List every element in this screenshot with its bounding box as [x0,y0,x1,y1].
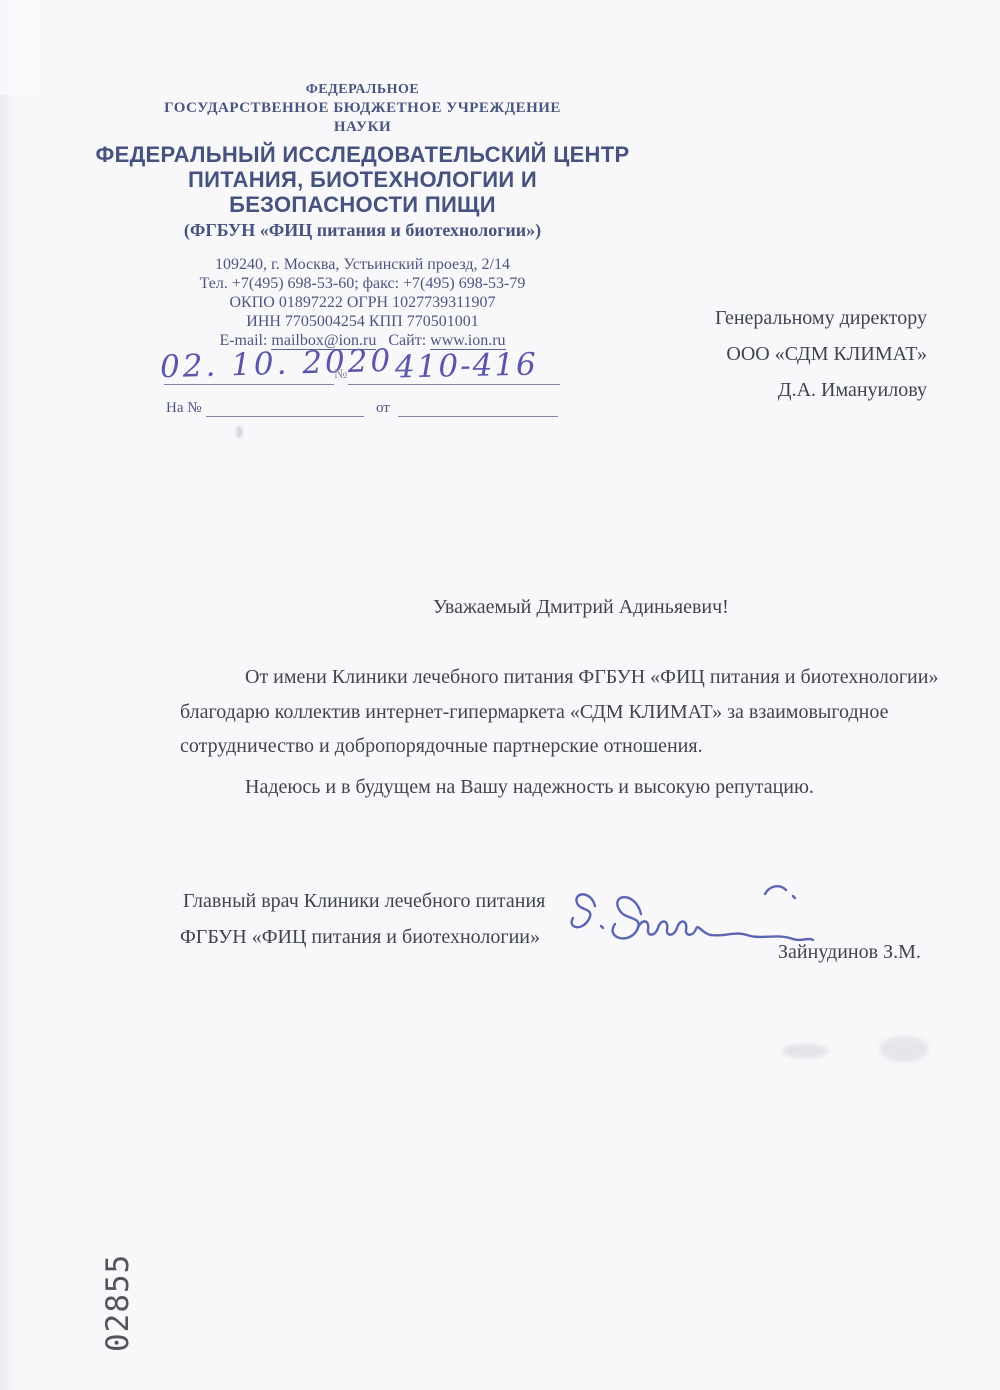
body-line: Надеюсь и в будущем на Вашу надежность и… [245,776,814,799]
org-name-line: ФЕДЕРАЛЬНОЕ [95,80,630,99]
scan-smudge [236,426,243,438]
number-sign: № [334,367,347,383]
recipient-block: Генеральному директору ООО «СДМ КЛИМАТ» … [645,300,927,408]
scan-smudge [880,1036,928,1062]
salutation: Уважаемый Дмитрий Адиньяевич! [433,596,729,619]
body-line: благодарю коллектив интернет-гипермаркет… [180,701,888,724]
signer-position-line: ФГБУН «ФИЦ питания и биотехнологии» [180,926,540,949]
site-label: Сайт: [388,332,430,349]
center-name-line: ПИТАНИЯ, БИОТЕХНОЛОГИИ И [95,167,630,192]
body-line: сотрудничество и добропорядочные партнер… [180,735,703,758]
recipient-title: Генеральному директору [645,300,927,336]
scanned-letter-page: ФЕДЕРАЛЬНОЕ ГОСУДАРСТВЕННОЕ БЮДЖЕТНОЕ УЧ… [0,0,1000,1390]
ot-underline [398,416,558,417]
na-no-label: На № [166,400,202,417]
letterhead: ФЕДЕРАЛЬНОЕ ГОСУДАРСТВЕННОЕ БЮДЖЕТНОЕ УЧ… [95,80,630,241]
handwritten-date: 02. 10. 2020 [160,343,394,385]
okpo-ogrn: ОКПО 01897222 ОГРН 1027739311907 [95,293,630,312]
ot-label: от [376,400,390,417]
phone-fax: Тел. +7(495) 698-53-60; факс: +7(495) 69… [95,274,630,293]
postal-address: 109240, г. Москва, Устьинский проезд, 2/… [95,255,630,274]
scan-smudge [782,1044,828,1058]
body-line: От имени Клиники лечебного питания ФГБУН… [245,666,938,689]
recipient-company: ООО «СДМ КЛИМАТ» [645,336,927,372]
signer-name: Зайнудинов З.М. [778,941,921,964]
inn-kpp: ИНН 7705004254 КПП 770501001 [95,312,630,331]
center-name-line: ФЕДЕРАЛЬНЫЙ ИССЛЕДОВАТЕЛЬСКИЙ ЦЕНТР [95,142,630,167]
org-name-line: ГОСУДАРСТВЕННОЕ БЮДЖЕТНОЕ УЧРЕЖДЕНИЕ [95,99,630,118]
org-abbreviation: (ФГБУН «ФИЦ питания и биотехнологии») [95,220,630,241]
na-no-underline [206,416,364,417]
vertical-doc-number: 02855 [100,1254,136,1352]
number-underline [348,384,560,385]
date-underline [164,384,334,385]
contact-block: 109240, г. Москва, Устьинский проезд, 2/… [95,255,630,350]
scan-edge-artifact [0,0,38,95]
handwritten-outgoing-number: 410-416 [395,347,539,386]
recipient-person: Д.А. Имануилову [645,372,927,408]
signer-position-line: Главный врач Клиники лечебного питания [183,890,545,913]
org-name-line: НАУКИ [95,118,630,137]
center-name-line: БЕЗОПАСНОСТИ ПИЩИ [95,192,630,217]
